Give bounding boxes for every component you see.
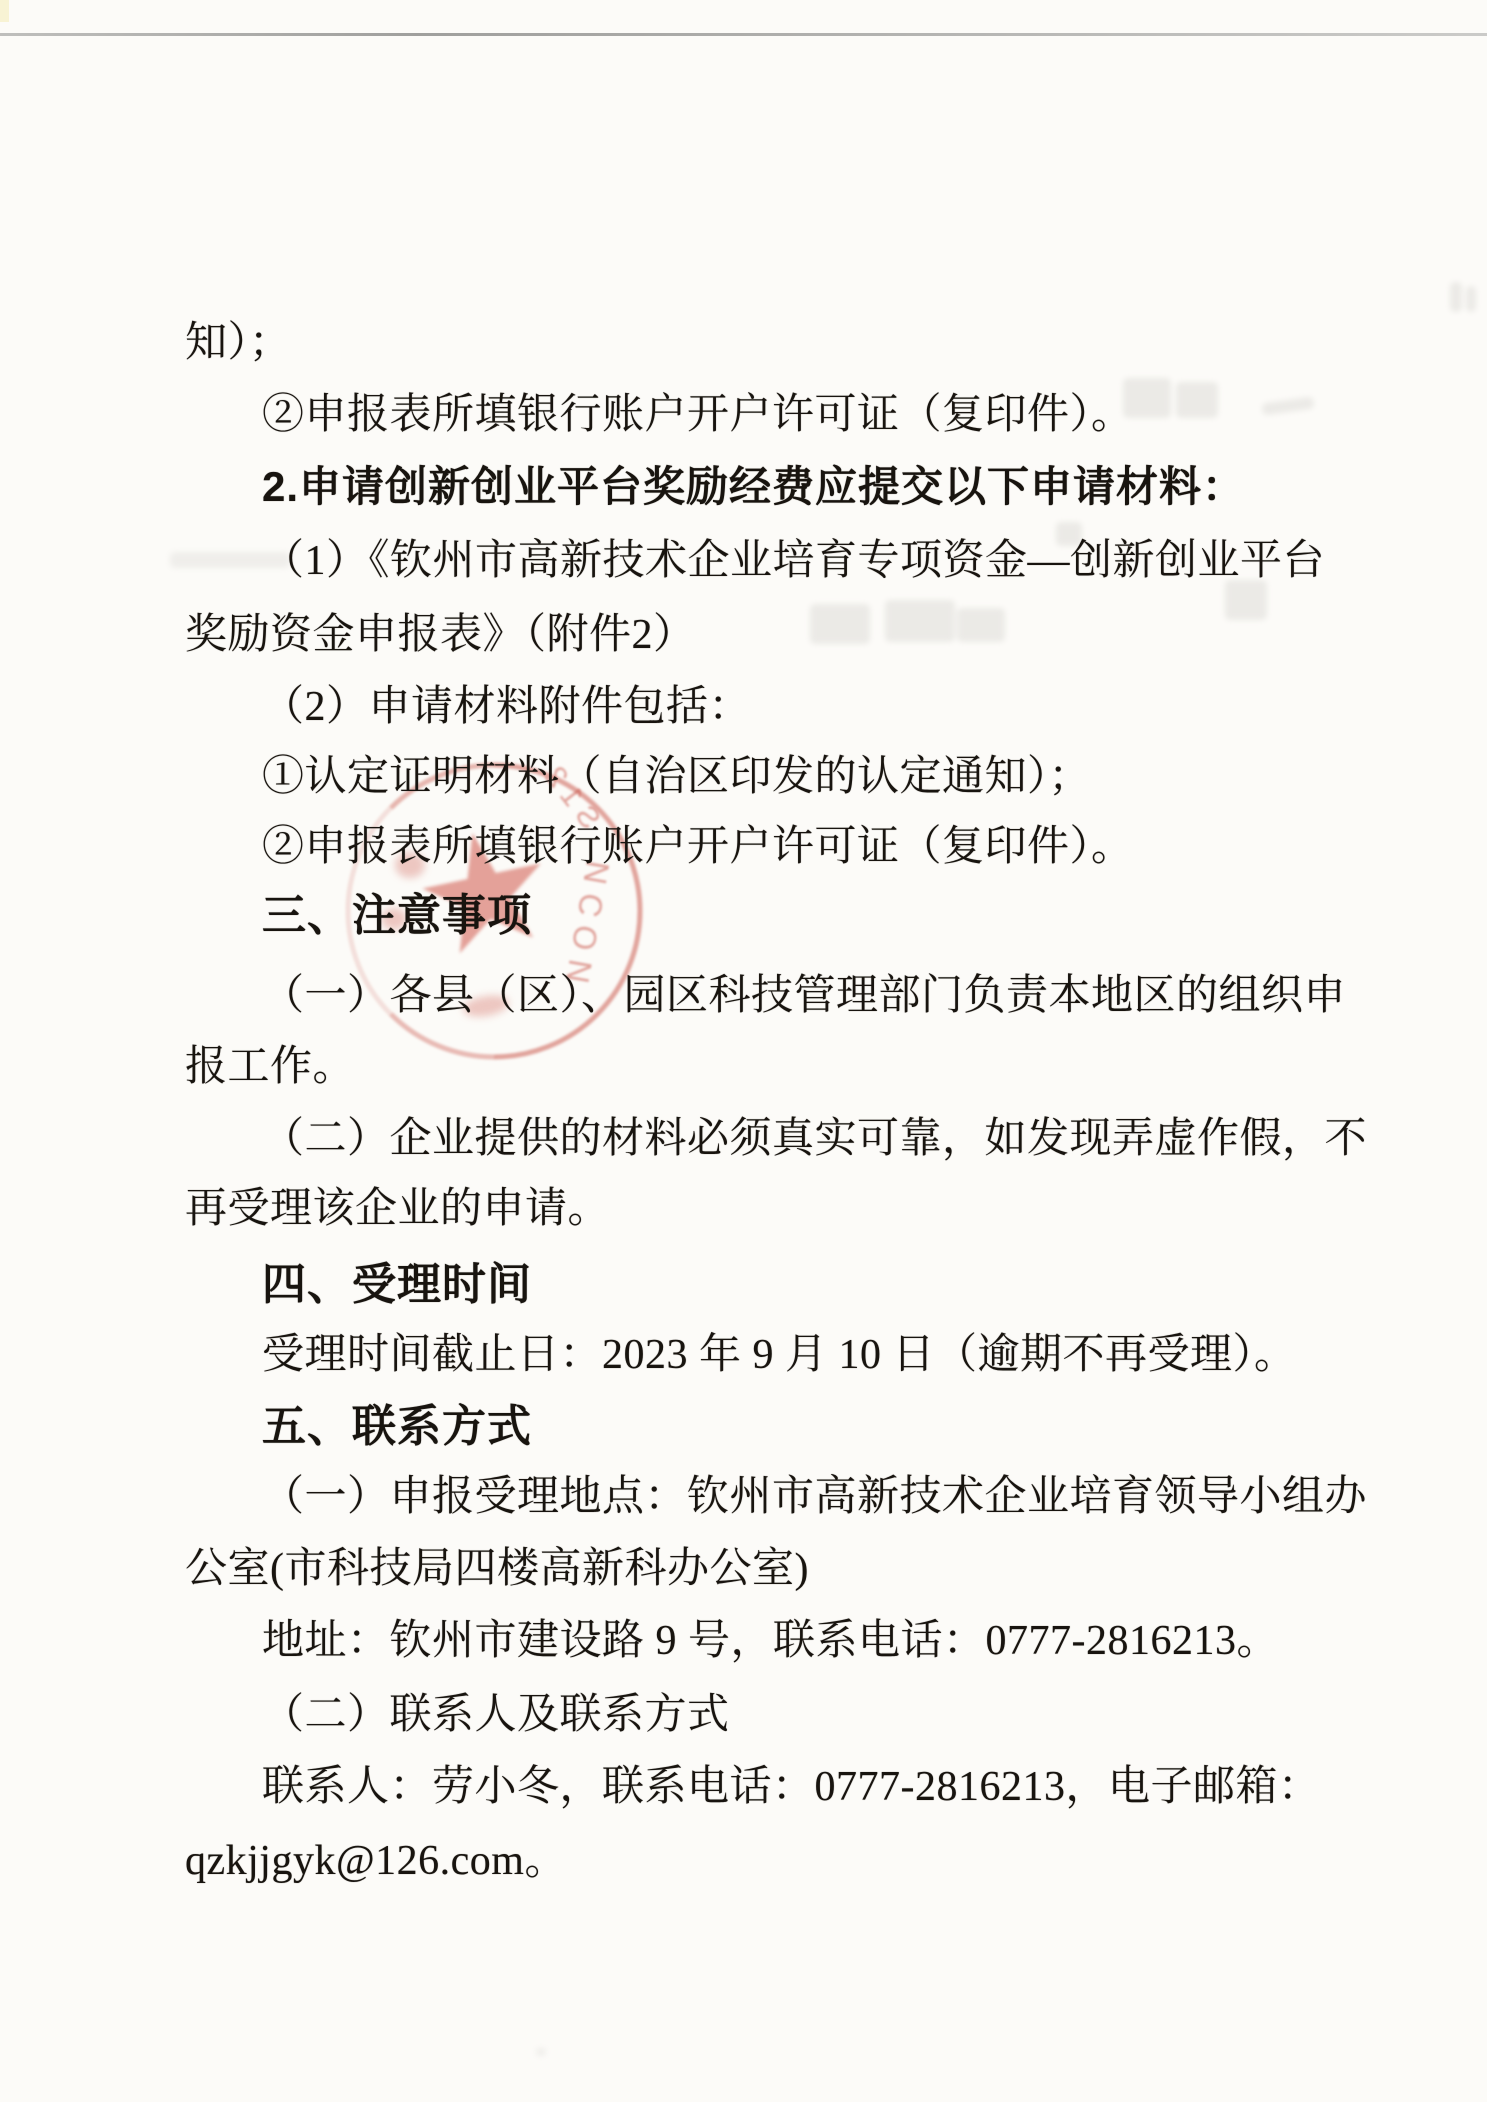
section-heading-5: 五、联系方式 (262, 1402, 532, 1452)
text-line: （二）联系人及联系方式 (262, 1690, 730, 1740)
bleed-through-mark (957, 608, 1005, 642)
text-line: 报工作。 (185, 1042, 355, 1092)
bleed-through-mark (810, 604, 870, 644)
bleed-through-mark (1261, 396, 1314, 415)
bleed-through-mark (1176, 382, 1218, 418)
text-line: （一）各县（区）、园区科技管理部门负责本地区的组织申 (262, 971, 1346, 1021)
text-line: 地址：钦州市建设路 9 号，联系电话：0777-2816213。 (262, 1616, 1279, 1666)
text-line: 受理时间截止日：2023 年 9 月 10 日（逾期不再受理）。 (262, 1330, 1297, 1380)
section-heading-4: 四、受理时间 (262, 1260, 532, 1310)
bleed-through-mark (1450, 282, 1462, 312)
text-line: 再受理该企业的申请。 (185, 1184, 610, 1234)
section-heading-3: 三、注意事项 (262, 891, 532, 941)
bleed-through-mark (1225, 580, 1267, 620)
speck (536, 2048, 546, 2056)
text-line: 奖励资金申报表》（附件2） (185, 610, 696, 660)
scan-edge-line (0, 33, 1487, 36)
text-line: （1）《钦州市高新技术企业培育专项资金—创新创业平台 (262, 536, 1325, 586)
text-line: 知）； (185, 318, 292, 368)
text-line: ①认定证明材料（自治区印发的认定通知）； (262, 752, 1091, 802)
email-text-line: qzkjjgyk@126.com。 (185, 1836, 567, 1886)
scanned-document-page: ★ S12 ИСОИ 知）； ②申报表所填银行账户开户许可证（复印件）。 2.申… (0, 0, 1487, 2102)
scan-corner-artifact (0, 0, 9, 22)
bleed-through-mark (885, 600, 955, 642)
text-line: 公室(市科技局四楼高新科办公室) (185, 1544, 809, 1594)
bleed-through-mark (1466, 286, 1476, 312)
text-line: ②申报表所填银行账户开户许可证（复印件）。 (262, 822, 1134, 872)
text-line: （二）企业提供的材料必须真实可靠，如发现弄虚作假，不 (262, 1114, 1367, 1164)
subsection-heading-2: 2.申请创新创业平台奖励经费应提交以下申请材料： (262, 462, 1245, 512)
text-line: （一）申报受理地点：钦州市高新技术企业培育领导小组办 (262, 1472, 1367, 1522)
text-line: 联系人：劳小冬，联系电话：0777-2816213，电子邮箱： (262, 1762, 1321, 1812)
text-line: ②申报表所填银行账户开户许可证（复印件）。 (262, 390, 1134, 440)
text-line: （2）申请材料附件包括： (262, 682, 751, 732)
